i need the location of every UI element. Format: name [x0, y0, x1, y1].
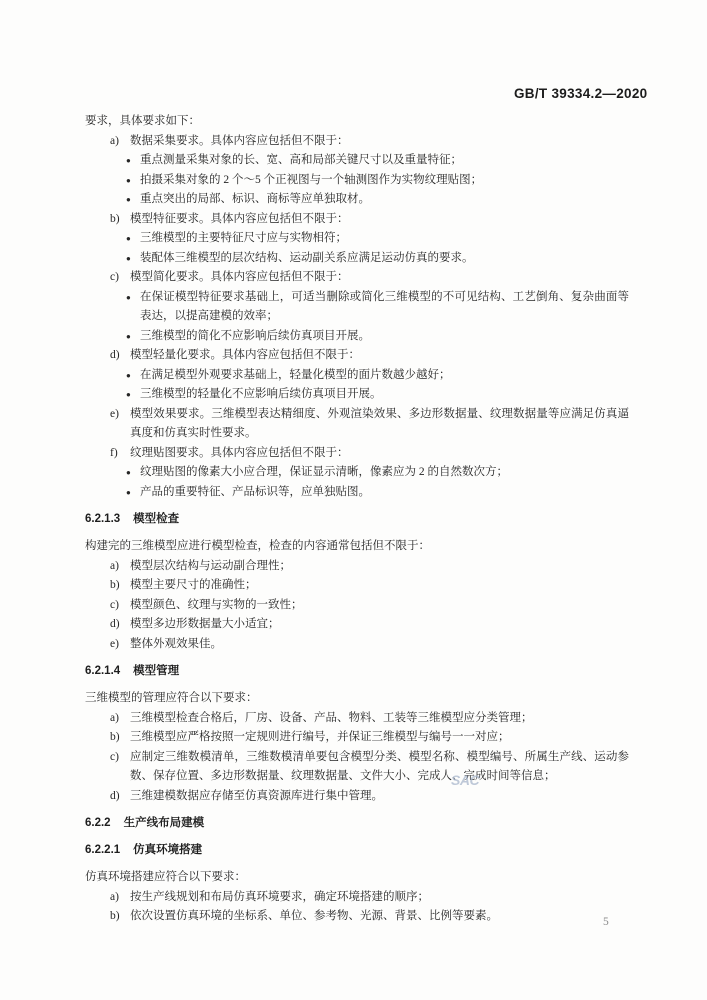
section-intro: 三维模型的管理应符合以下要求： — [85, 689, 629, 709]
list-item: b) 依次设置仿真环境的坐标系、单位、参考物、光源、背景、比例等要素。 — [110, 907, 629, 927]
list-item-text: 纹理贴图要求。具体内容应包括但不限于： — [130, 447, 349, 459]
bullet-icon: ● — [126, 385, 131, 405]
section-intro: 构建完的三维模型应进行模型检查，检查的内容通常包括但不限于： — [85, 537, 629, 557]
bullet-item-text: 重点突出的局部、标识、商标等应单独取材。 — [140, 193, 370, 205]
list-item-text: 模型特征要求。具体内容应包括但不限于： — [130, 213, 349, 225]
bullet-item-text: 产品的重要特征、产品标识等，应单独贴图。 — [140, 486, 370, 498]
section-number: 6.2.2 — [85, 813, 111, 833]
section-title: 模型检查 — [133, 509, 179, 529]
list-item: a) 三维模型检查合格后，厂房、设备、产品、物料、工装等三维模型应分类管理； — [110, 709, 629, 729]
list-item-text: 依次设置仿真环境的坐标系、单位、参考物、光源、背景、比例等要素。 — [130, 910, 498, 922]
list-item: e) 模型效果要求。三维模型表达精细度、外观渲染效果、多边形数据量、纹理数据量等… — [110, 405, 629, 444]
bullet-icon: ● — [126, 288, 131, 308]
bullet-item: ● 在保证模型特征要求基础上，可适当删除或简化三维模型的不可见结构、工艺倒角、复… — [126, 288, 629, 327]
section-intro: 仿真环境搭建应符合以下要求： — [85, 868, 629, 888]
bullet-item-text: 重点测量采集对象的长、宽、高和局部关键尺寸以及重量特征； — [140, 154, 462, 166]
section-heading: 6.2.2.1 仿真环境搭建 — [85, 840, 629, 860]
section-title: 仿真环境搭建 — [133, 840, 202, 860]
list-item-label: b) — [110, 907, 120, 927]
bullet-item-text: 纹理贴图的像素大小应合理，保证显示清晰，像素应为 2 的自然数次方； — [140, 466, 508, 478]
bullet-icon: ● — [126, 151, 131, 171]
list-item: f) 纹理贴图要求。具体内容应包括但不限于： — [110, 444, 629, 464]
list-item: c) 模型颜色、纹理与实物的一致性； — [110, 596, 629, 616]
bullet-item: ● 三维模型的主要特征尺寸应与实物相符； — [126, 229, 629, 249]
list-item-label: b) — [110, 728, 120, 748]
list-item-label: d) — [110, 346, 120, 366]
list-item: a) 数据采集要求。具体内容应包括但不限于： — [110, 132, 629, 152]
page-number: 5 — [603, 916, 609, 928]
bullet-icon: ● — [126, 366, 131, 386]
list-item: c) 应制定三维数模清单，三维数模清单要包含模型分类、模型名称、模型编号、所属生… — [110, 748, 629, 787]
section-heading: 6.2.1.4 模型管理 — [85, 661, 629, 681]
bullet-icon: ● — [126, 229, 131, 249]
list-item: a) 模型层次结构与运动副合理性； — [110, 557, 629, 577]
list-item-text: 数据采集要求。具体内容应包括但不限于： — [130, 135, 349, 147]
bullet-item-text: 在保证模型特征要求基础上，可适当删除或简化三维模型的不可见结构、工艺倒角、复杂曲… — [140, 291, 629, 323]
section-title: 模型管理 — [133, 661, 179, 681]
bullet-icon: ● — [126, 463, 131, 483]
document-body: 要求，具体要求如下： a) 数据采集要求。具体内容应包括但不限于： ● 重点测量… — [85, 112, 629, 927]
bullet-icon: ● — [126, 327, 131, 347]
bullet-item: ● 产品的重要特征、产品标识等，应单独贴图。 — [126, 483, 629, 503]
bullet-item-text: 三维模型的轻量化不应影响后续仿真项目开展。 — [140, 388, 382, 400]
list-item-text: 应制定三维数模清单，三维数模清单要包含模型分类、模型名称、模型编号、所属生产线、… — [130, 751, 629, 783]
list-item: d) 模型轻量化要求。具体内容应包括但不限于： — [110, 346, 629, 366]
list-item-label: e) — [110, 635, 119, 655]
list-item: a) 按生产线规划和布局仿真环境要求，确定环境搭建的顺序； — [110, 888, 629, 908]
list-item-label: f) — [110, 444, 118, 464]
sac-watermark-logo: SAC — [451, 772, 479, 788]
bullet-item: ● 三维模型的简化不应影响后续仿真项目开展。 — [126, 327, 629, 347]
list-item-label: c) — [110, 596, 119, 616]
section-number: 6.2.1.4 — [85, 661, 120, 681]
list-item-text: 模型效果要求。三维模型表达精细度、外观渲染效果、多边形数据量、纹理数据量等应满足… — [130, 408, 629, 440]
list-item-text: 模型层次结构与运动副合理性； — [130, 560, 291, 572]
section-number: 6.2.2.1 — [85, 840, 120, 860]
list-item-label: b) — [110, 210, 120, 230]
list-item-label: a) — [110, 557, 119, 577]
bullet-item-text: 三维模型的简化不应影响后续仿真项目开展。 — [140, 330, 370, 342]
list-item: b) 模型特征要求。具体内容应包括但不限于： — [110, 210, 629, 230]
standard-document-page: GB/T 39334.2—2020 要求，具体要求如下： a) 数据采集要求。具… — [0, 0, 707, 1000]
list-item-text: 三维模型应严格按照一定规则进行编号，并保证三维模型与编号一一对应； — [130, 731, 510, 743]
section-number: 6.2.1.3 — [85, 509, 120, 529]
list-item-label: c) — [110, 748, 119, 768]
list-item-text: 模型颜色、纹理与实物的一致性； — [130, 599, 303, 611]
list-item-text: 模型多边形数据量大小适宜； — [130, 618, 280, 630]
bullet-item: ● 纹理贴图的像素大小应合理，保证显示清晰，像素应为 2 的自然数次方； — [126, 463, 629, 483]
bullet-item-text: 拍摄采集对象的 2 个～5 个正视图与一个轴测图作为实物纹理贴图； — [140, 174, 482, 186]
standard-code-header: GB/T 39334.2—2020 — [514, 86, 647, 101]
bullet-item-text: 三维模型的主要特征尺寸应与实物相符； — [140, 232, 347, 244]
list-item-label: a) — [110, 132, 119, 152]
bullet-item: ● 在满足模型外观要求基础上，轻量化模型的面片数越少越好； — [126, 366, 629, 386]
list-item: d) 三维建模数据应存储至仿真资源库进行集中管理。 — [110, 787, 629, 807]
section-heading: 6.2.1.3 模型检查 — [85, 509, 629, 529]
list-item-label: d) — [110, 615, 120, 635]
list-item-text: 按生产线规划和布局仿真环境要求，确定环境搭建的顺序； — [130, 891, 429, 903]
bullet-item: ● 重点突出的局部、标识、商标等应单独取材。 — [126, 190, 629, 210]
bullet-item-text: 装配体三维模型的层次结构、运动副关系应满足运动仿真的要求。 — [140, 252, 474, 264]
list-item: b) 模型主要尺寸的准确性； — [110, 576, 629, 596]
list-item-text: 模型主要尺寸的准确性； — [130, 579, 257, 591]
intro-paragraph: 要求，具体要求如下： — [85, 112, 629, 132]
list-item-label: d) — [110, 787, 120, 807]
list-item: b) 三维模型应严格按照一定规则进行编号，并保证三维模型与编号一一对应； — [110, 728, 629, 748]
list-item-label: c) — [110, 268, 119, 288]
bullet-icon: ● — [126, 190, 131, 210]
list-item: e) 整体外观效果佳。 — [110, 635, 629, 655]
list-item-text: 整体外观效果佳。 — [130, 638, 222, 650]
bullet-item: ● 装配体三维模型的层次结构、运动副关系应满足运动仿真的要求。 — [126, 249, 629, 269]
list-item-label: e) — [110, 405, 119, 425]
bullet-item: ● 重点测量采集对象的长、宽、高和局部关键尺寸以及重量特征； — [126, 151, 629, 171]
list-item-text: 模型简化要求。具体内容应包括但不限于： — [130, 271, 349, 283]
section-heading: 6.2.2 生产线布局建模 — [85, 813, 629, 833]
section-title: 生产线布局建模 — [124, 813, 205, 833]
bullet-item-text: 在满足模型外观要求基础上，轻量化模型的面片数越少越好； — [140, 369, 451, 381]
list-item-label: a) — [110, 888, 119, 908]
bullet-icon: ● — [126, 483, 131, 503]
bullet-icon: ● — [126, 249, 131, 269]
list-item-text: 三维模型检查合格后，厂房、设备、产品、物料、工装等三维模型应分类管理； — [130, 712, 533, 724]
list-item-text: 三维建模数据应存储至仿真资源库进行集中管理。 — [130, 790, 383, 802]
list-item: d) 模型多边形数据量大小适宜； — [110, 615, 629, 635]
list-item-label: a) — [110, 709, 119, 729]
list-item-text: 模型轻量化要求。具体内容应包括但不限于： — [130, 349, 360, 361]
bullet-icon: ● — [126, 171, 131, 191]
bullet-item: ● 拍摄采集对象的 2 个～5 个正视图与一个轴测图作为实物纹理贴图； — [126, 171, 629, 191]
bullet-item: ● 三维模型的轻量化不应影响后续仿真项目开展。 — [126, 385, 629, 405]
list-item: c) 模型简化要求。具体内容应包括但不限于： — [110, 268, 629, 288]
list-item-label: b) — [110, 576, 120, 596]
